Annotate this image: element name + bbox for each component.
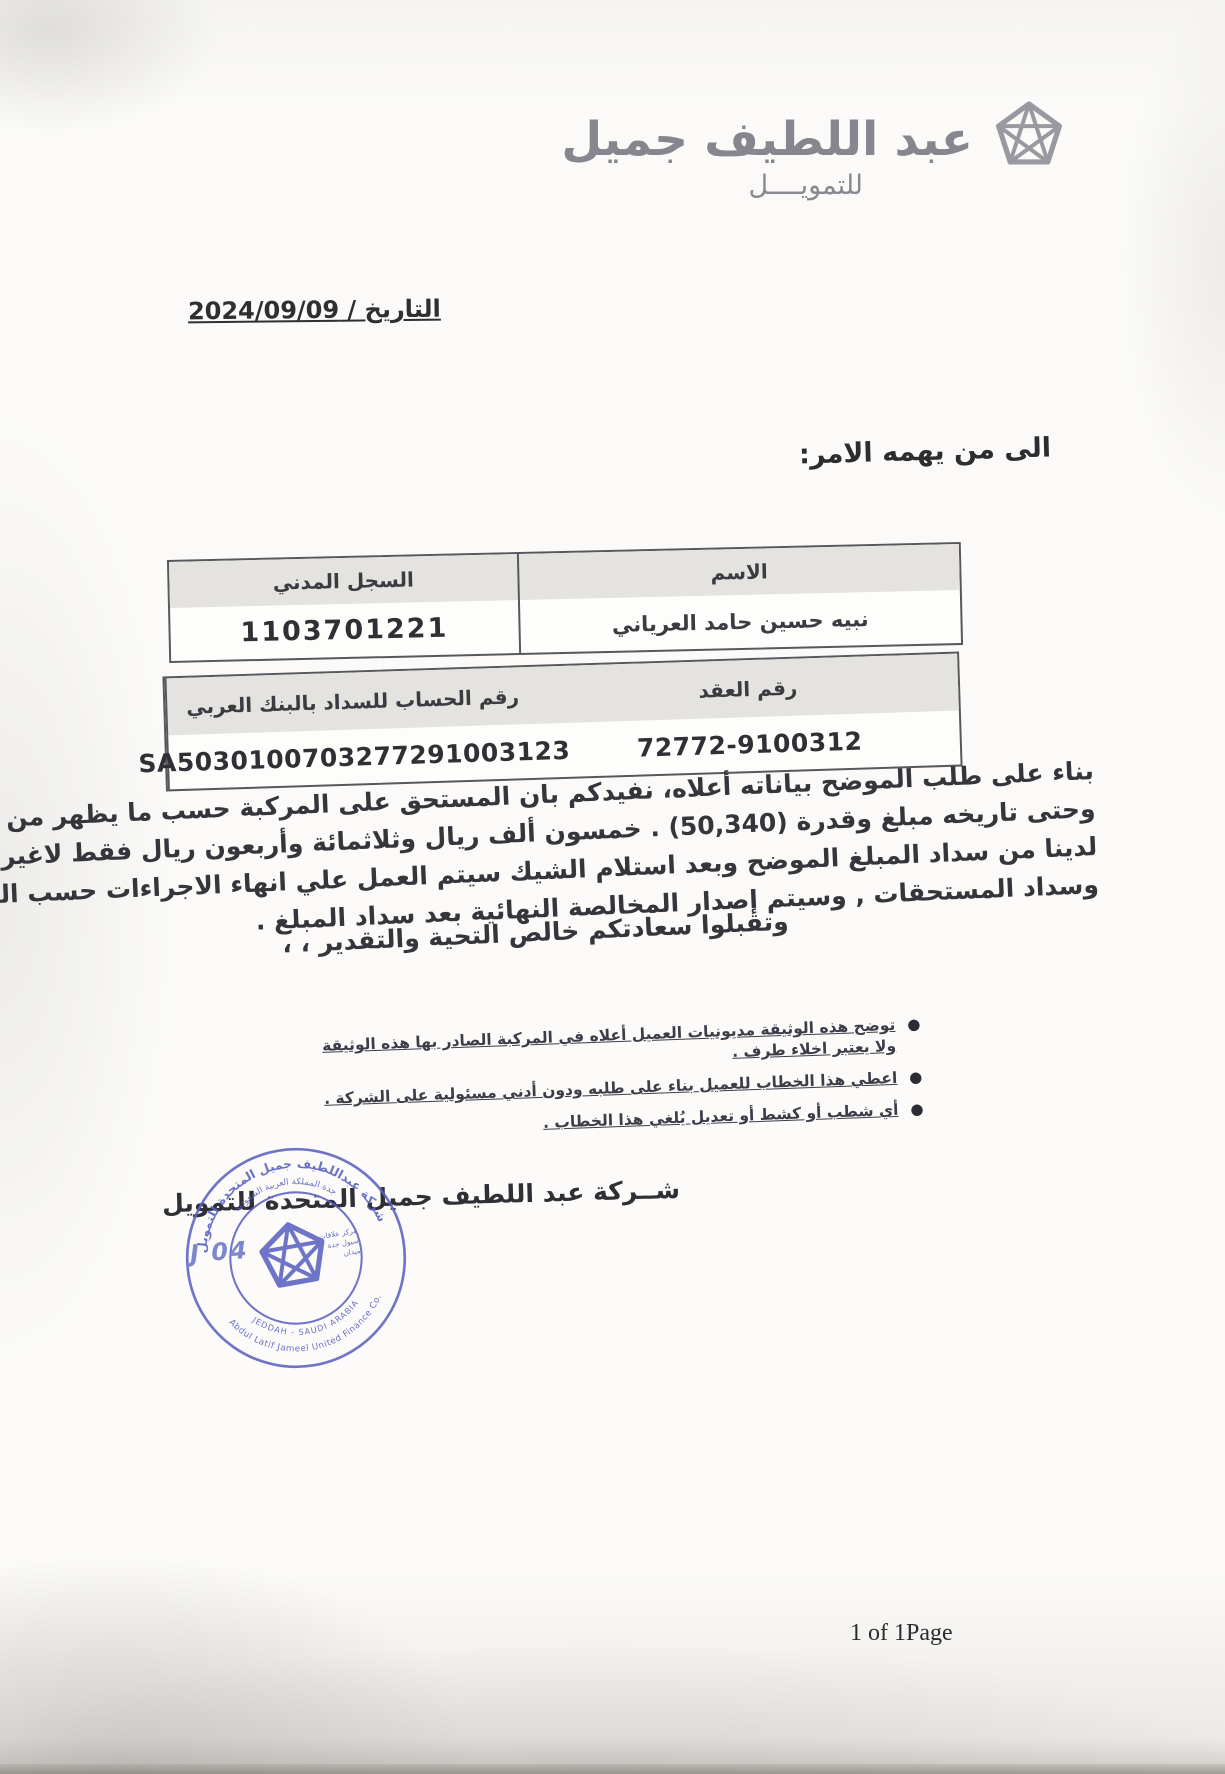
page-number: 1 of 1Page xyxy=(850,1620,953,1647)
list-item: ● توضح هذه الوثيقة مديونيات العميل أعلاه… xyxy=(300,1014,921,1079)
note-text: توضح هذه الوثيقة مديونيات العميل أعلاه ف… xyxy=(300,1015,896,1079)
handwritten-stamp-mark: J 04 xyxy=(189,1236,249,1268)
company-pentagon-logo-icon xyxy=(993,100,1065,172)
value-customer-name: نبيه حسين حامد العرياني xyxy=(518,590,961,653)
bullet-icon: ● xyxy=(910,1099,924,1119)
salutation-line: الى من يهمه الامر: xyxy=(799,432,1052,470)
customer-info-table: الاسم السجل المدني نبيه حسين حامد العريا… xyxy=(167,542,963,663)
bullet-icon: ● xyxy=(907,1014,921,1034)
value-civil-id: 1103701221 xyxy=(170,600,519,661)
company-logo-title: عبد اللطيف جميل xyxy=(561,112,973,167)
header-civil-id: السجل المدني xyxy=(169,554,518,608)
scanned-letter-page: عبد اللطيف جميل للتمويــــل التاريخ / 20… xyxy=(0,0,1225,1774)
date-line: التاريخ / 2024/09/09 xyxy=(188,295,441,326)
note-text: أي شطب أو كشط أو تعديل يُلغي هذا الخطاب … xyxy=(543,1100,899,1134)
stamp-side-text: ميدان xyxy=(343,1246,361,1258)
footnotes-list: ● توضح هذه الوثيقة مديونيات العميل أعلاه… xyxy=(300,1014,924,1154)
company-logo-subtitle: للتمويــــل xyxy=(749,170,863,201)
scan-bottom-edge-shadow xyxy=(0,1764,1225,1774)
bullet-icon: ● xyxy=(909,1067,923,1087)
